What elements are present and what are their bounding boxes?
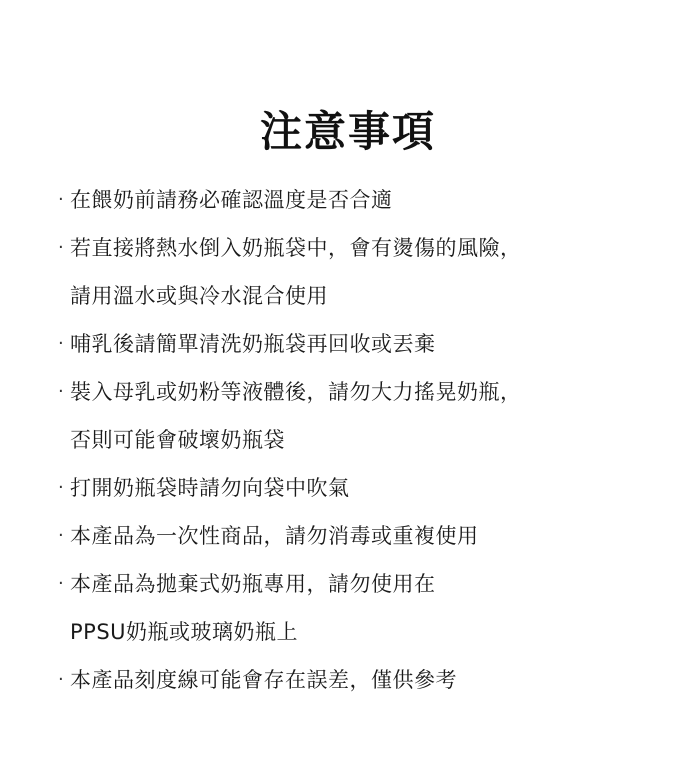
list-item-text: 請用溫水或與冷水混合使用 <box>70 284 328 308</box>
precautions-list: · 在餵奶前請務必確認溫度是否合適 · 若直接將熱水倒入奶瓶袋中，會有燙傷的風險… <box>54 184 654 712</box>
list-item-text: 本產品為拋棄式奶瓶專用，請勿使用在 <box>70 572 436 596</box>
bullet-dot-icon: · <box>58 664 64 696</box>
bullet-dot-icon: · <box>58 376 64 408</box>
bullet-dot-icon: · <box>58 472 64 504</box>
bullet-dot-icon: · <box>58 328 64 360</box>
list-item-text: 打開奶瓶袋時請勿向袋中吹氣 <box>70 476 350 500</box>
list-item-continuation: 請用溫水或與冷水混合使用 <box>54 280 654 328</box>
list-item: · 本產品刻度線可能會存在誤差，僅供參考 <box>54 664 654 712</box>
list-item-continuation: 否則可能會破壞奶瓶袋 <box>54 424 654 472</box>
list-item-continuation: PPSU奶瓶或玻璃奶瓶上 <box>54 616 654 664</box>
list-item: · 在餵奶前請務必確認溫度是否合適 <box>54 184 654 232</box>
list-item-text: 在餵奶前請務必確認溫度是否合適 <box>70 188 393 212</box>
list-item-text: 本產品為一次性商品，請勿消毒或重複使用 <box>70 524 479 548</box>
bullet-dot-icon: · <box>58 568 64 600</box>
list-item: · 本產品為一次性商品，請勿消毒或重複使用 <box>54 520 654 568</box>
list-item-text: PPSU奶瓶或玻璃奶瓶上 <box>70 620 298 644</box>
page-title: 注意事項 <box>0 104 680 160</box>
list-item-text: 本產品刻度線可能會存在誤差，僅供參考 <box>70 668 457 692</box>
list-item: · 本產品為拋棄式奶瓶專用，請勿使用在 <box>54 568 654 616</box>
list-item: · 打開奶瓶袋時請勿向袋中吹氣 <box>54 472 654 520</box>
bullet-dot-icon: · <box>58 520 64 552</box>
list-item-text: 哺乳後請簡單清洗奶瓶袋再回收或丟棄 <box>70 332 436 356</box>
bullet-dot-icon: · <box>58 184 64 216</box>
list-item-text: 否則可能會破壞奶瓶袋 <box>70 428 285 452</box>
list-item-text: 裝入母乳或奶粉等液體後，請勿大力搖晃奶瓶， <box>70 380 522 404</box>
list-item: · 若直接將熱水倒入奶瓶袋中，會有燙傷的風險， <box>54 232 654 280</box>
list-item-text: 若直接將熱水倒入奶瓶袋中，會有燙傷的風險， <box>70 236 522 260</box>
bullet-dot-icon: · <box>58 232 64 264</box>
list-item: · 裝入母乳或奶粉等液體後，請勿大力搖晃奶瓶， <box>54 376 654 424</box>
list-item: · 哺乳後請簡單清洗奶瓶袋再回收或丟棄 <box>54 328 654 376</box>
